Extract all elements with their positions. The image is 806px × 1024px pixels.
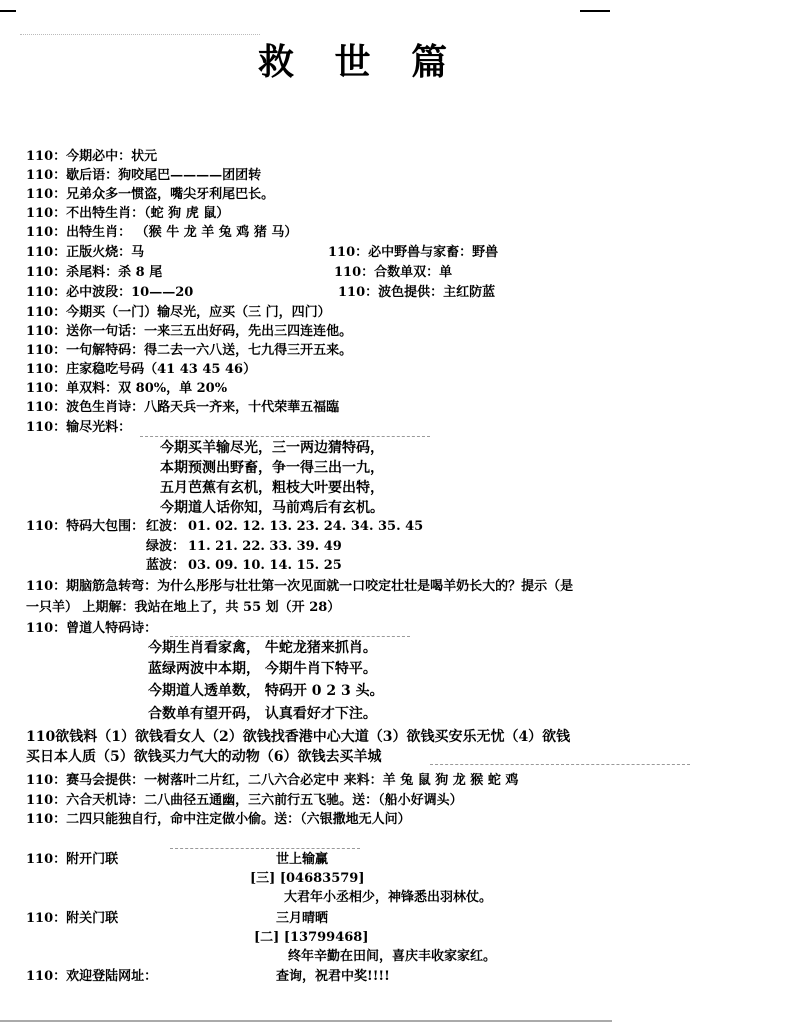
corner-mark-right <box>580 10 610 12</box>
riddle-line-1: 110：期脑筋急转弯：为什么彤彤与壮壮第一次见面就一口咬定壮壮是喝羊奶长大的？提… <box>26 578 573 596</box>
open-couplet-code: [三] [04683579] <box>250 870 365 888</box>
line-buy-door: 110：今期买（一门）输尽光，应买（三 门，四门） <box>26 304 331 322</box>
faint-rule-3 <box>430 764 690 766</box>
dotted-rule <box>20 34 260 35</box>
close-couplet-verse: 终年辛勤在田间，喜庆丰收家家红。 <box>288 948 496 966</box>
special-codes-label: 110：特码大包围： <box>26 518 144 536</box>
line-wave-poem: 110：波色生肖诗：八路天兵一齐来，十代荣華五福臨 <box>26 399 339 417</box>
poem-line: 本期预测出野畜，争一得三出一九， <box>160 458 384 478</box>
close-couplet-code: [二] [13799468] <box>254 929 369 947</box>
green-wave-label: 绿波： <box>146 538 185 556</box>
line-odd-even-pct: 110：单双料：双 80%，单 20% <box>26 380 227 398</box>
line-not-special-zodiac: 110：不出特生肖：（蛇 狗 虎 鼠） <box>26 205 229 223</box>
poem-line: 五月芭蕉有玄机，粗枝大叶要出特， <box>160 478 384 498</box>
close-couplet-label: 110：附关门联 <box>26 910 118 928</box>
bottom-rule <box>0 1020 612 1022</box>
line-range: 110：必中波段：10——20 <box>26 284 193 302</box>
money-line-2: 买日本人质（5）欲钱买力气大的动物（6）欲钱去买羊城 <box>26 748 381 766</box>
poem2-line: 合数单有望开码， 认真看好才下注。 <box>148 704 377 724</box>
open-couplet-head: 世上输赢 <box>276 851 328 869</box>
thief-line: 110：二四只能独自行，命中注定做小偷。送：（六银撒地无人问） <box>26 811 411 829</box>
poem2-line: 今期道人透单数， 特码开 0 2 3 头。 <box>148 681 384 701</box>
riddle-line-2: 一只羊） 上期解：我站在地上了，共 55 划（开 28） <box>26 599 340 617</box>
page-title: 救 世 篇 <box>258 34 461 85</box>
line-phrase: 110：送你一句话：一来三五出好码，先出三四连连他。 <box>26 323 352 341</box>
red-wave-label: 红波： <box>146 518 185 536</box>
line-kill-tail: 110：杀尾料：杀 8 尾 <box>26 264 162 282</box>
line-beast-domestic: 110：必中野兽与家畜：野兽 <box>328 244 498 262</box>
line-special-zodiac: 110：出特生肖： （猴 牛 龙 羊 兔 鸡 猪 马） <box>26 224 297 242</box>
red-wave-numbers: 01. 02. 12. 13. 23. 24. 34. 35. 45 <box>188 518 423 536</box>
open-couplet-label: 110：附开门联 <box>26 851 118 869</box>
line-saying: 110：歇后语：狗咬尾巴————团团转 <box>26 167 261 185</box>
horse-club-line: 110：赛马会提供：一树落叶二片红，二八六合必定中 来料：羊 兔 鼠 狗 龙 猴… <box>26 772 518 790</box>
faint-rule-4 <box>170 848 360 850</box>
line-brothers: 110：兄弟众多一惯盗，嘴尖牙利尾巴长。 <box>26 186 274 204</box>
blue-wave-label: 蓝波： <box>146 557 185 575</box>
footer-website-label: 110：欢迎登陆网址： <box>26 968 157 986</box>
line-odd-even: 110：合数单双：单 <box>334 264 452 282</box>
open-couplet-verse: 大君年小丞相少，神锋悉出羽林仗。 <box>284 889 492 907</box>
poem2-line: 蓝绿两波中本期， 今期牛肖下特平。 <box>148 659 377 679</box>
poem2-line: 今期生肖看家禽， 牛蛇龙猪来抓肖。 <box>148 638 377 658</box>
line-fire-burn: 110：正版火烧：马 <box>26 244 144 262</box>
poem2-label: 110：曾道人特码诗： <box>26 620 157 638</box>
line-must-win: 110：今期必中：状元 <box>26 148 157 166</box>
corner-mark-left <box>0 10 16 12</box>
heaven-poem-line: 110：六合天机诗：二八曲径五通幽，三六前行五飞驰。送：（船小好调头） <box>26 792 463 810</box>
line-special-phrase: 110：一句解特码：得二去一六八送，七九得三开五来。 <box>26 342 352 360</box>
poem-line: 今期买羊输尽光，三一两边猜特码， <box>160 438 384 458</box>
line-dealer-numbers: 110：庄家稳吃号码（41 43 45 46） <box>26 361 256 379</box>
poem-line: 今期道人话你知，马前鸡后有玄机。 <box>160 498 384 518</box>
money-line-1: 110欲钱料（1）欲钱看女人（2）欲钱找香港中心大道（3）欲钱买安乐无忧（4）欲… <box>26 728 570 746</box>
line-wave-color: 110：波色提供：主红防蓝 <box>338 284 495 302</box>
blue-wave-numbers: 03. 09. 10. 14. 15. 25 <box>188 557 342 575</box>
close-couplet-head: 三月晴晒 <box>276 910 328 928</box>
footer-message: 查询，祝君中奖!!!! <box>276 968 390 986</box>
green-wave-numbers: 11. 21. 22. 33. 39. 49 <box>188 538 342 556</box>
line-lose-all: 110：输尽光料： <box>26 419 131 437</box>
